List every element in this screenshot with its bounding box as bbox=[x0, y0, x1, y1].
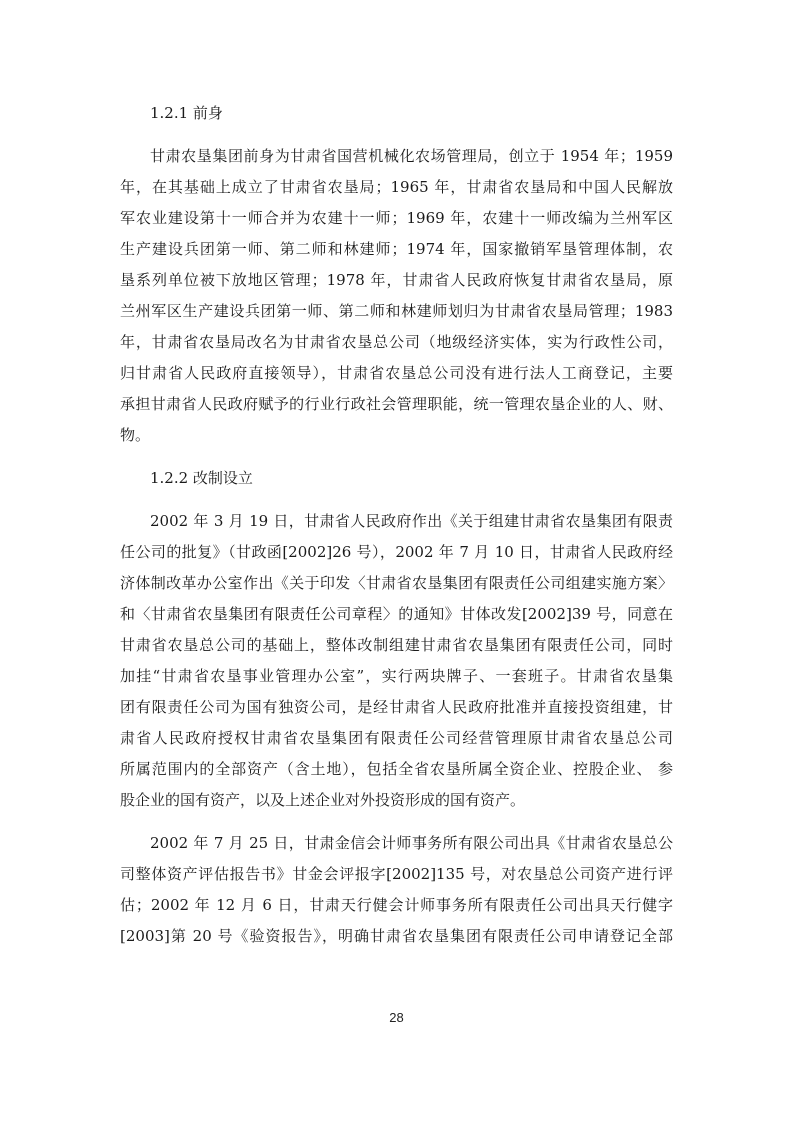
paragraph-asset-evaluation: 2002 年 7 月 25 日，甘肃金信会计师事务所有限公司出具《甘肃省农垦总公… bbox=[120, 828, 673, 952]
text-line: 归甘肃省人民政府直接领导），甘肃省农垦总公司没有进行法人工商登记，主要 bbox=[120, 358, 673, 389]
text-line: 任公司的批复》（甘政函[2002]26 号），2002 年 7 月 10 日，甘… bbox=[120, 537, 673, 568]
text-line: 2002 年 3 月 19 日，甘肃省人民政府作出《关于组建甘肃省农垦集团有限责 bbox=[120, 506, 673, 537]
section-heading-restructuring: 1.2.2 改制设立 bbox=[120, 463, 673, 494]
text-line: 兰州军区生产建设兵团第一师、第二师和林建师划归为甘肃省农垦局管理；1983 bbox=[120, 296, 673, 327]
text-line: 团有限责任公司为国有独资公司，是经甘肃省人民政府批准并直接投资组建，甘 bbox=[120, 692, 673, 723]
paragraph-predecessor-history: 甘肃农垦集团前身为甘肃省国营机械化农场管理局，创立于 1954 年；1959 年… bbox=[120, 141, 673, 451]
text-line: 承担甘肃省人民政府赋予的行业行政社会管理职能，统一管理农垦企业的人、财、 bbox=[120, 389, 673, 420]
text-line: 估；2002 年 12 月 6 日，甘肃天行健会计师事务所有限责任公司出具天行健… bbox=[120, 890, 673, 921]
paragraph-restructuring-approval: 2002 年 3 月 19 日，甘肃省人民政府作出《关于组建甘肃省农垦集团有限责… bbox=[120, 506, 673, 816]
text-line: [2003]第 20 号《验资报告》，明确甘肃省农垦集团有限责任公司申请登记全部 bbox=[120, 921, 673, 952]
text-line: 司整体资产评估报告书》甘金会评报字[2002]135 号，对农垦总公司资产进行评 bbox=[120, 859, 673, 890]
text-line: 甘肃农垦集团前身为甘肃省国营机械化农场管理局，创立于 1954 年；1959 bbox=[120, 141, 673, 172]
page-number: 28 bbox=[0, 1010, 793, 1025]
text-line: 年，甘肃省农垦局改名为甘肃省农垦总公司（地级经济实体，实为行政性公司， bbox=[120, 327, 673, 358]
text-line: 年，在其基础上成立了甘肃省农垦局；1965 年，甘肃省农垦局和中国人民解放 bbox=[120, 172, 673, 203]
text-line: 肃省人民政府授权甘肃省农垦集团有限责任公司经营管理原甘肃省农垦总公司 bbox=[120, 723, 673, 754]
text-line: 2002 年 7 月 25 日，甘肃金信会计师事务所有限公司出具《甘肃省农垦总公 bbox=[120, 828, 673, 859]
text-line: 和〈甘肃省农垦集团有限责任公司章程〉的通知》甘体改发[2002]39 号，同意在 bbox=[120, 599, 673, 630]
text-line: 济体制改革办公室作出《关于印发〈甘肃省农垦集团有限责任公司组建实施方案〉 bbox=[120, 568, 673, 599]
text-line: 股企业的国有资产，以及上述企业对外投资形成的国有资产。 bbox=[120, 785, 673, 816]
text-line: 物。 bbox=[120, 420, 673, 451]
text-line: 加挂“甘肃省农垦事业管理办公室”，实行两块牌子、一套班子。甘肃省农垦集 bbox=[120, 661, 673, 692]
section-heading-predecessor: 1.2.1 前身 bbox=[120, 98, 673, 129]
text-line: 生产建设兵团第一师、第二师和林建师；1974 年，国家撤销军垦管理体制，农 bbox=[120, 234, 673, 265]
document-page: 1.2.1 前身 甘肃农垦集团前身为甘肃省国营机械化农场管理局，创立于 1954… bbox=[0, 0, 793, 1122]
text-line: 甘肃省农垦总公司的基础上，整体改制组建甘肃省农垦集团有限责任公司，同时 bbox=[120, 630, 673, 661]
text-line: 军农业建设第十一师合并为农建十一师；1969 年，农建十一师改编为兰州军区 bbox=[120, 203, 673, 234]
text-line: 所属范围内的全部资产（含土地），包括全省农垦所属全资企业、控股企业、 参 bbox=[120, 754, 673, 785]
page-content: 1.2.1 前身 甘肃农垦集团前身为甘肃省国营机械化农场管理局，创立于 1954… bbox=[120, 98, 673, 964]
text-line: 垦系列单位被下放地区管理；1978 年，甘肃省人民政府恢复甘肃省农垦局，原 bbox=[120, 265, 673, 296]
